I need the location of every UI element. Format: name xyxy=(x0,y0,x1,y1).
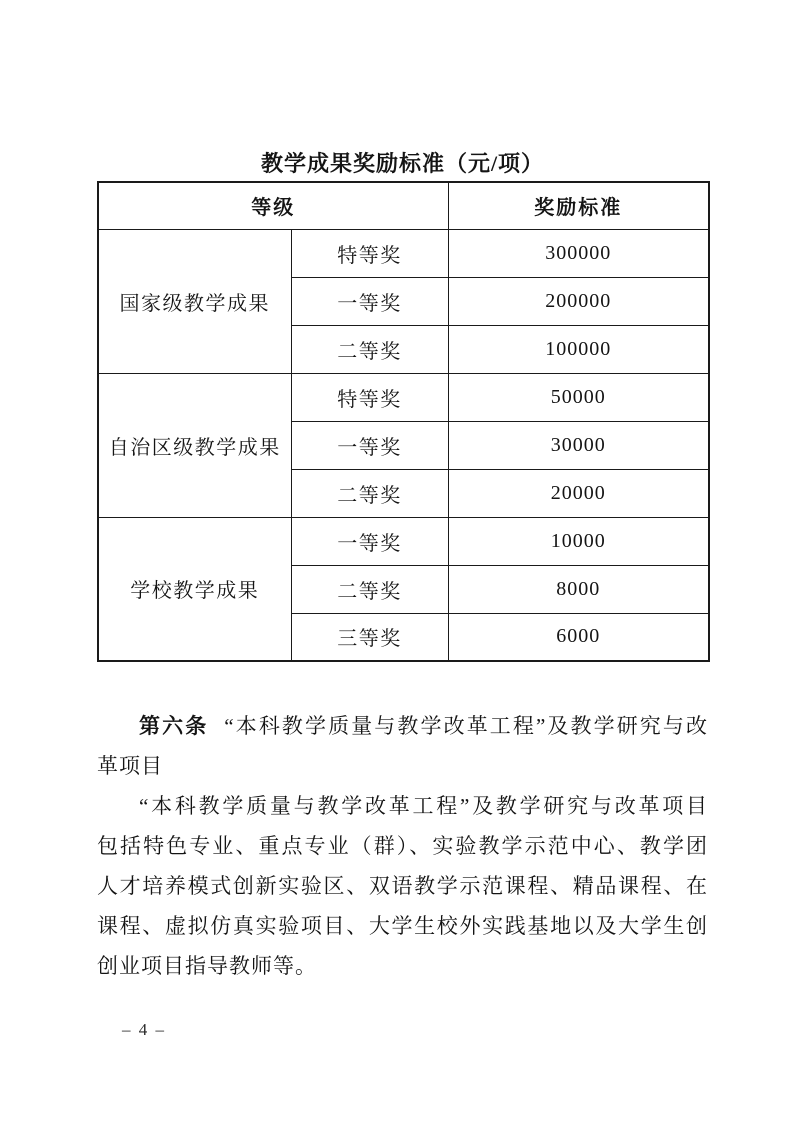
grade-cell: 二等奖 xyxy=(291,469,448,517)
table-row: 国家级教学成果 特等奖 300000 xyxy=(98,229,709,277)
award-table: 等级 奖励标准 国家级教学成果 特等奖 300000 一等奖 200000 二等… xyxy=(97,181,710,662)
grade-cell: 一等奖 xyxy=(291,277,448,325)
grade-cell: 一等奖 xyxy=(291,421,448,469)
category-cell-autonomous-region: 自治区级教学成果 xyxy=(98,373,291,517)
grade-cell: 二等奖 xyxy=(291,565,448,613)
page-number: – 4 – xyxy=(122,1019,166,1041)
table-row: 学校教学成果 一等奖 10000 xyxy=(98,517,709,565)
category-cell-national: 国家级教学成果 xyxy=(98,229,291,373)
paragraph-line: 课程、虚拟仿真实验项目、大学生校外实践基地以及大学生创新 xyxy=(97,906,708,946)
article-heading-text: “本科教学质量与教学改革工程”及教学研究与改 xyxy=(224,714,708,738)
amount-cell: 200000 xyxy=(448,277,709,325)
amount-cell: 100000 xyxy=(448,325,709,373)
amount-cell: 30000 xyxy=(448,421,709,469)
grade-cell: 特等奖 xyxy=(291,373,448,421)
amount-cell: 6000 xyxy=(448,613,709,661)
paragraph-line: 包括特色专业、重点专业（群）、实验教学示范中心、教学团队、 xyxy=(97,826,708,866)
paragraph-line: 人才培养模式创新实验区、双语教学示范课程、精品课程、在线 xyxy=(97,866,708,906)
paragraph-line: 创业项目指导教师等。 xyxy=(97,946,708,986)
article-number-label: 第六条 xyxy=(139,714,208,738)
header-cell-standard: 奖励标准 xyxy=(448,182,709,229)
paragraph-line: “本科教学质量与教学改革工程”及教学研究与改革项目 xyxy=(97,786,708,826)
amount-cell: 20000 xyxy=(448,469,709,517)
table-header-row: 等级 奖励标准 xyxy=(98,182,709,229)
grade-cell: 特等奖 xyxy=(291,229,448,277)
grade-cell: 三等奖 xyxy=(291,613,448,661)
grade-cell: 二等奖 xyxy=(291,325,448,373)
article-section: 第六条“本科教学质量与教学改革工程”及教学研究与改 革项目 “本科教学质量与教学… xyxy=(97,706,708,986)
amount-cell: 50000 xyxy=(448,373,709,421)
amount-cell: 8000 xyxy=(448,565,709,613)
table-title: 教学成果奖励标准（元/项） xyxy=(97,147,708,181)
article-heading-line-2: 革项目 xyxy=(97,746,708,786)
category-cell-school: 学校教学成果 xyxy=(98,517,291,661)
article-heading-line-1: 第六条“本科教学质量与教学改革工程”及教学研究与改 xyxy=(97,706,708,746)
document-page: 教学成果奖励标准（元/项） 等级 奖励标准 国家级教学成果 特等奖 300000 xyxy=(0,0,793,1122)
page-content: 教学成果奖励标准（元/项） 等级 奖励标准 国家级教学成果 特等奖 300000 xyxy=(97,147,708,986)
grade-cell: 一等奖 xyxy=(291,517,448,565)
header-cell-level: 等级 xyxy=(98,182,448,229)
amount-cell: 10000 xyxy=(448,517,709,565)
table-row: 自治区级教学成果 特等奖 50000 xyxy=(98,373,709,421)
amount-cell: 300000 xyxy=(448,229,709,277)
